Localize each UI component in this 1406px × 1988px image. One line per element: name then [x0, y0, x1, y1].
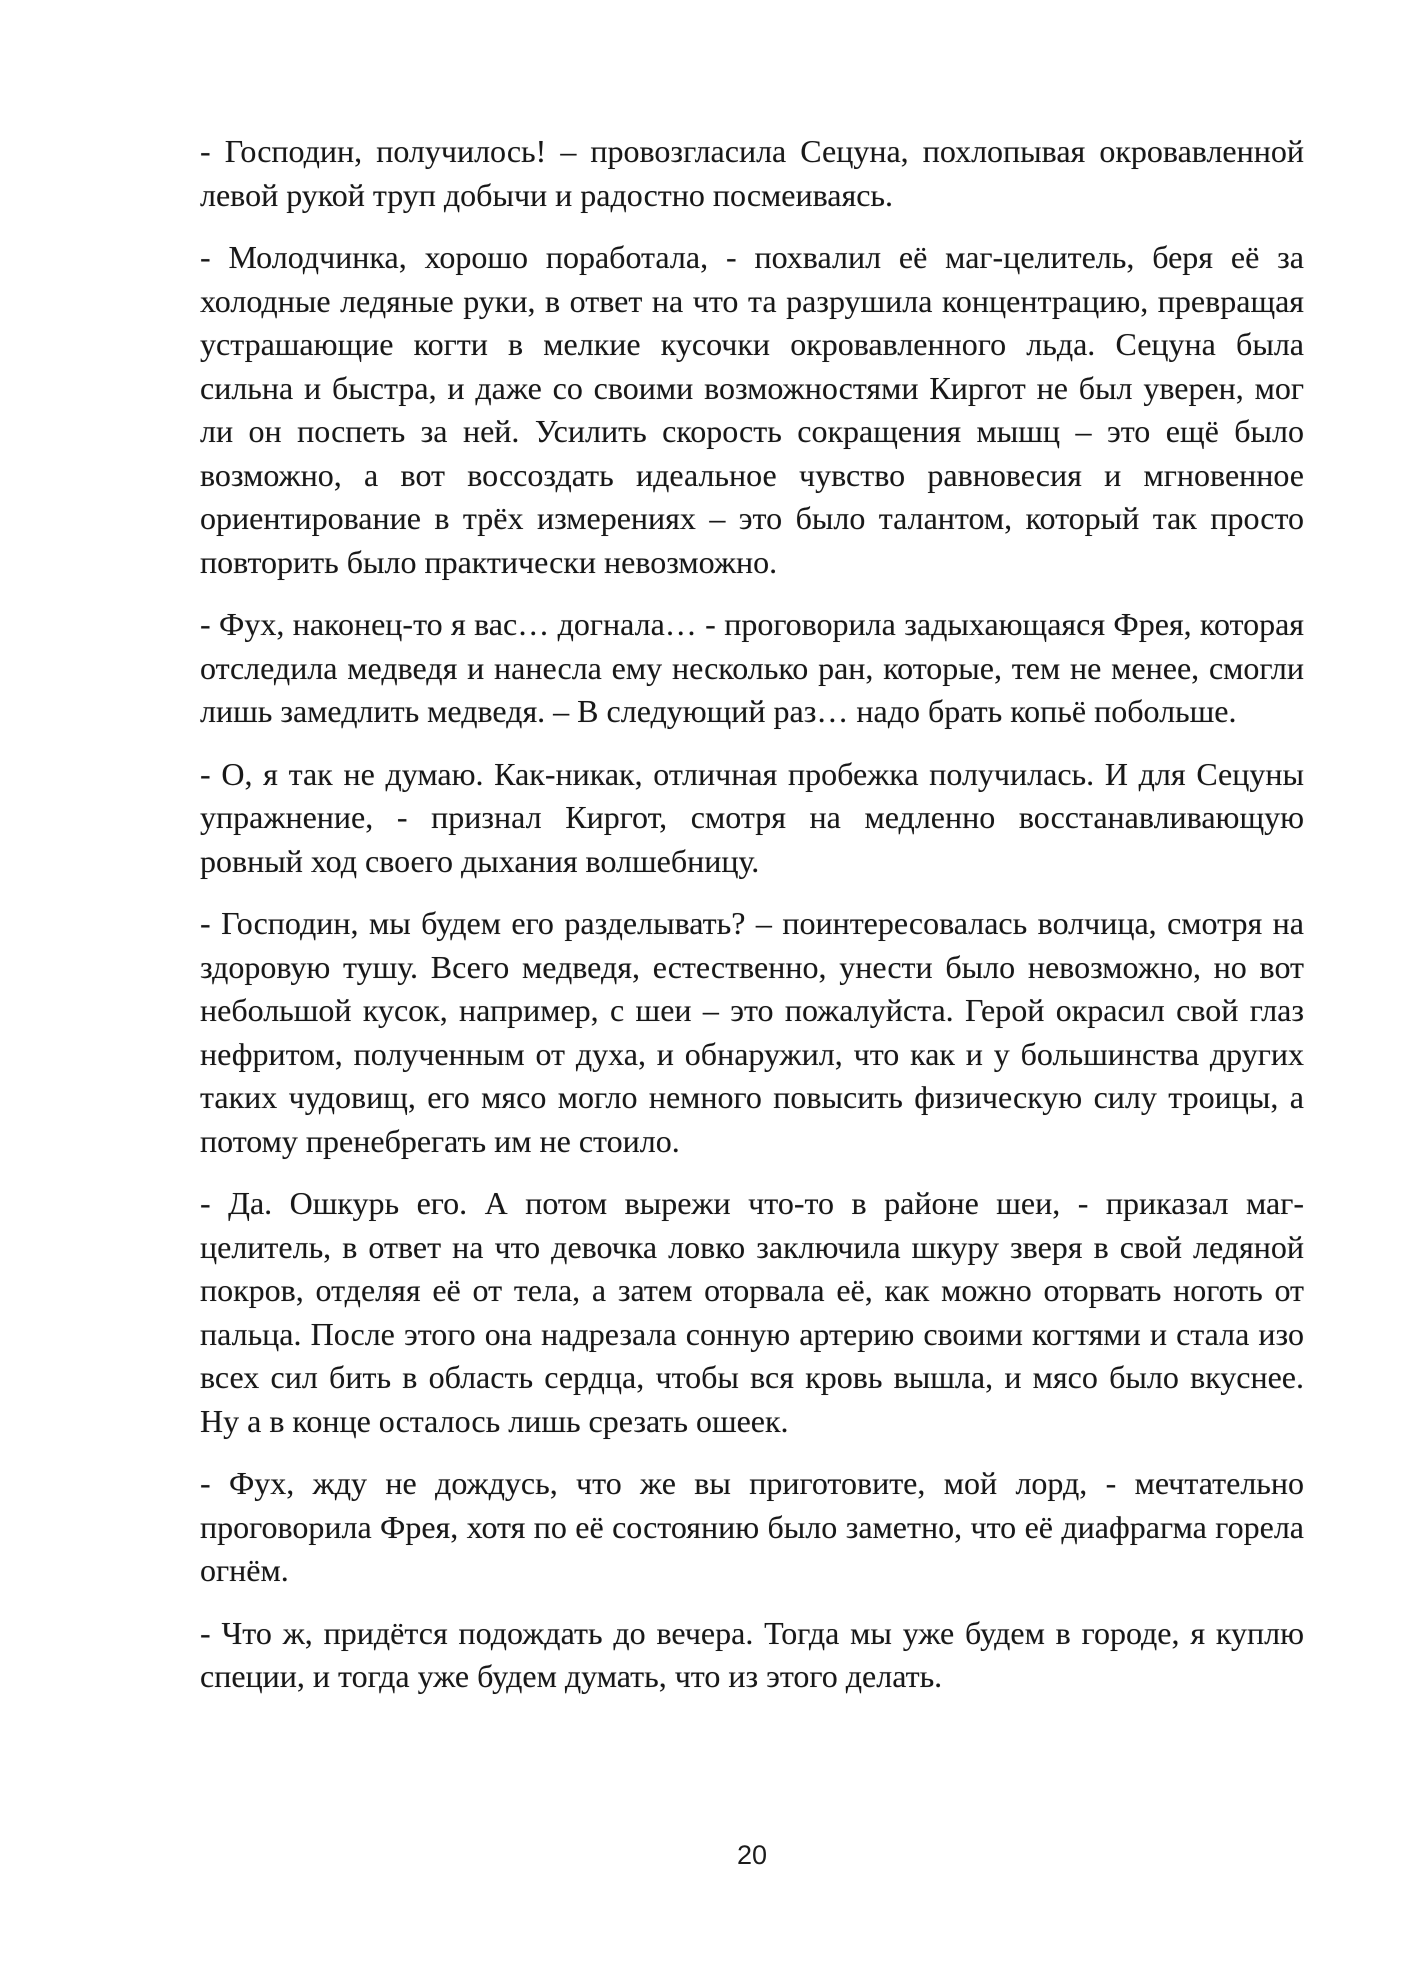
paragraph: - Господин, получилось! – провозгласила … [200, 130, 1304, 217]
paragraph: - Господин, мы будем его разделывать? – … [200, 902, 1304, 1163]
paragraph: - Фух, наконец-то я вас… догнала… - прог… [200, 603, 1304, 734]
text-content: - Господин, получилось! – провозгласила … [200, 130, 1304, 1718]
page-number: 20 [737, 1840, 767, 1870]
paragraph: - Фух, жду не дождусь, что же вы пригото… [200, 1462, 1304, 1593]
paragraph: - Молодчинка, хорошо поработала, - похва… [200, 236, 1304, 584]
document-page: - Господин, получилось! – провозгласила … [0, 0, 1406, 1988]
paragraph: - Да. Ошкурь его. А потом вырежи что-то … [200, 1182, 1304, 1443]
page-footer: 20 [200, 1840, 1304, 1870]
paragraph: - Что ж, придётся подождать до вечера. Т… [200, 1612, 1304, 1699]
paragraph: - О, я так не думаю. Как-никак, отличная… [200, 753, 1304, 884]
